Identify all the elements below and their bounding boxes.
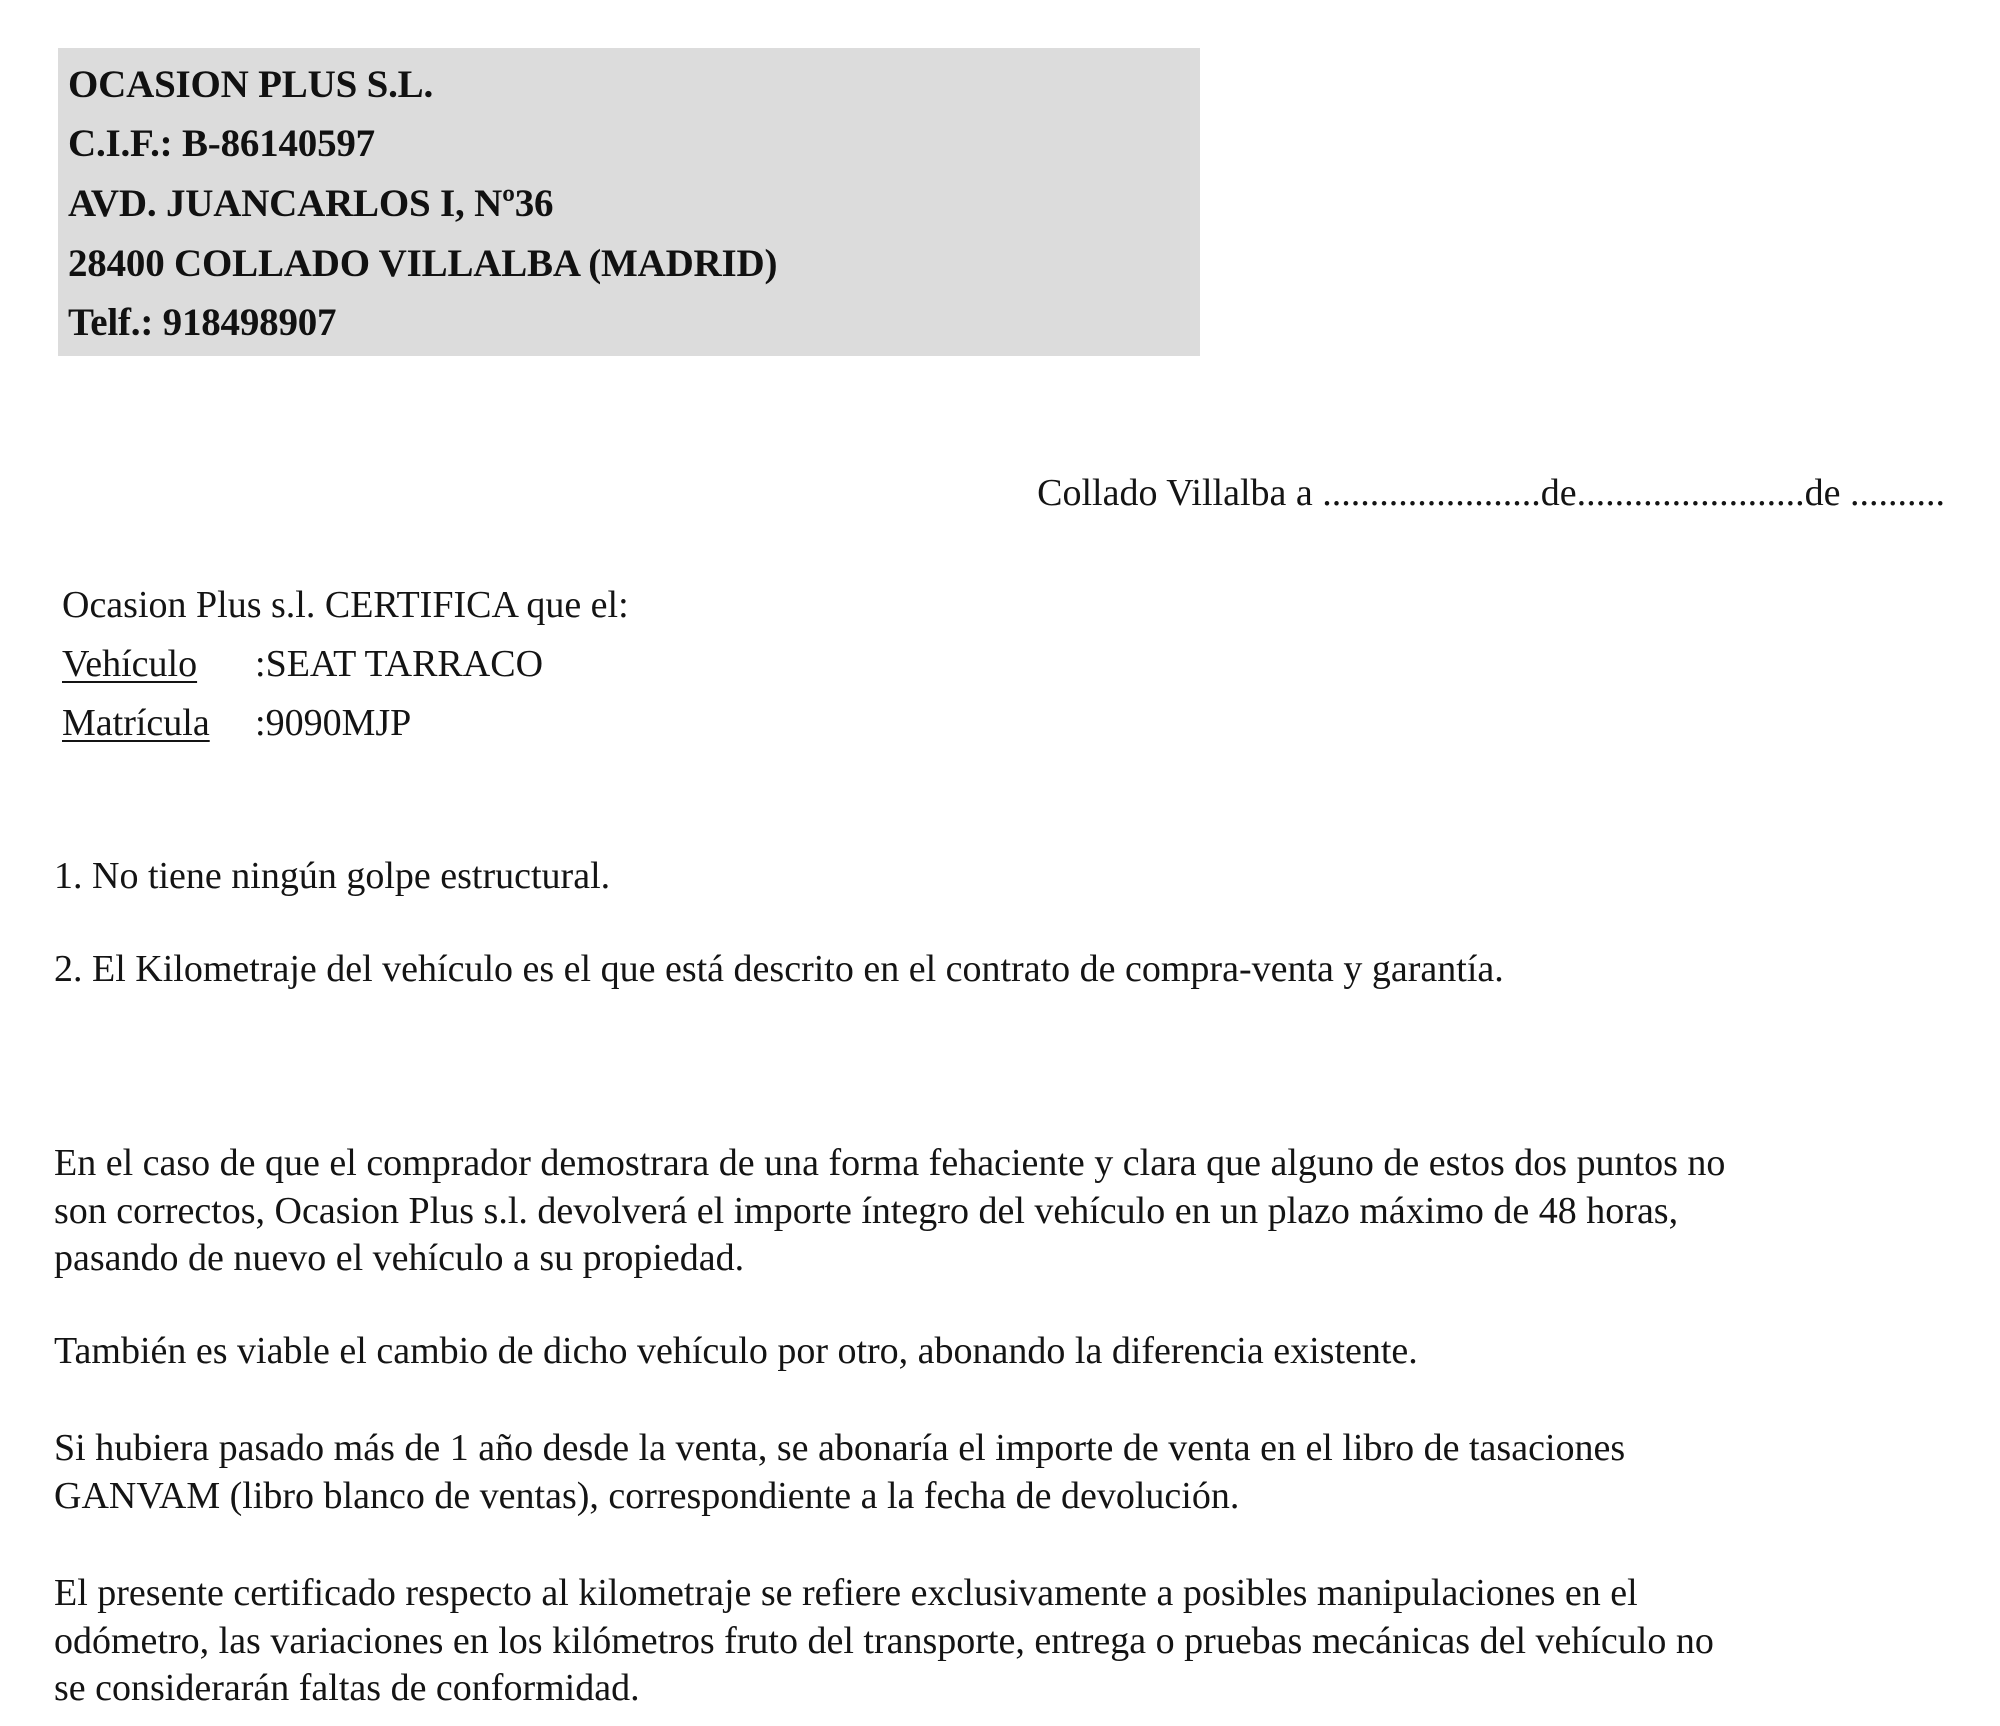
paragraph-exchange: También es viable el cambio de dicho veh… [54,1328,1974,1376]
company-cif: C.I.F.: B-86140597 [68,121,375,167]
paragraph-line: También es viable el cambio de dicho veh… [54,1328,1974,1376]
paragraph-line: El presente certificado respecto al kilo… [54,1570,1974,1618]
field-plate-separator: : [255,700,266,747]
field-plate-value: 9090MJP [266,702,412,744]
paragraph-line: pasando de nuevo el vehículo a su propie… [54,1235,1974,1283]
company-name: OCASION PLUS S.L. [68,62,433,108]
paragraph-ganvam: Si hubiera pasado más de 1 año desde la … [54,1425,1974,1520]
company-phone: Telf.: 918498907 [68,300,336,346]
field-plate-label: Matrícula [62,700,255,747]
paragraph-line: Si hubiera pasado más de 1 año desde la … [54,1425,1974,1473]
paragraph-line: se considerarán faltas de conformidad. [54,1665,1974,1713]
paragraph-odometer: El presente certificado respecto al kilo… [54,1570,1974,1713]
field-vehicle-value: SEAT TARRACO [266,643,543,685]
paragraph-line: odómetro, las variaciones en los kilómet… [54,1618,1974,1666]
point-1: 1. No tiene ningún golpe estructural. [54,853,610,900]
point-2: 2. El Kilometraje del vehículo es el que… [54,946,1504,993]
company-address: AVD. JUANCARLOS I, Nº36 [68,181,553,227]
company-header: OCASION PLUS S.L. C.I.F.: B-86140597 AVD… [58,48,1200,356]
certification-intro: Ocasion Plus s.l. CERTIFICA que el: [62,582,629,629]
company-city: 28400 COLLADO VILLALBA (MADRID) [68,241,777,287]
field-vehicle-label: Vehículo [62,641,255,688]
paragraph-line: En el caso de que el comprador demostrar… [54,1140,1974,1188]
field-vehicle: Vehículo: SEAT TARRACO [62,641,543,688]
field-plate: Matrícula: 9090MJP [62,700,411,747]
paragraph-line: GANVAM (libro blanco de ventas), corresp… [54,1473,1974,1521]
paragraph-refund: En el caso de que el comprador demostrar… [54,1140,1974,1283]
paragraph-line: son correctos, Ocasion Plus s.l. devolve… [54,1188,1974,1236]
date-line: Collado Villalba a .....................… [1037,470,1945,516]
field-vehicle-separator: : [255,641,266,688]
